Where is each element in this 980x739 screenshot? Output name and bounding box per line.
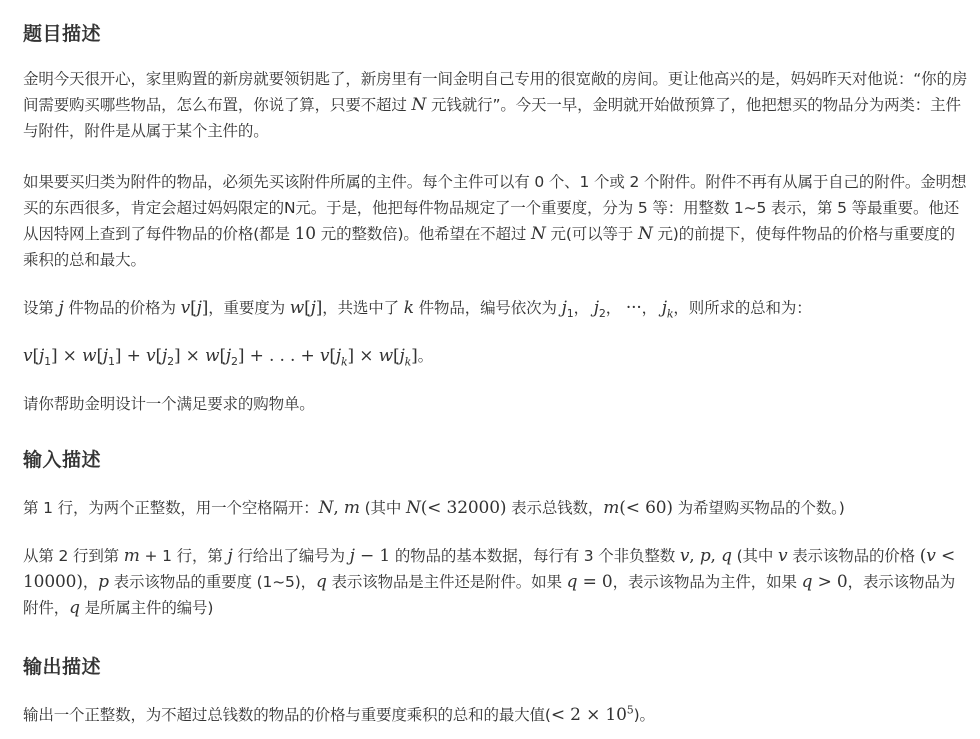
sum-formula: v[j1] × w[j1] + v[j2] × w[j2] + . . . + … <box>23 343 968 369</box>
input-paragraph-2: 从第 2 行到第 m + 1 行，第 j 行给出了编号为 j − 1 的物品的基… <box>23 543 968 621</box>
section-title-input: 输入描述 <box>23 447 101 473</box>
section-title-description: 题目描述 <box>23 21 101 47</box>
description-paragraph-2: 如果要买归类为附件的物品，必须先买该附件所属的主件。每个主件可以有 0 个、1 … <box>23 169 968 273</box>
description-paragraph-1: 金明今天很开心，家里购置的新房就要领钥匙了，新房里有一间金明自己专用的很宽敞的房… <box>23 66 968 144</box>
description-paragraph-5: 请你帮助金明设计一个满足要求的购物单。 <box>23 391 968 417</box>
input-paragraph-1: 第 1 行，为两个正整数，用一个空格隔开：N, m (其中 N(< 32000)… <box>23 495 968 521</box>
output-paragraph-1: 输出一个正整数，为不超过总钱数的物品的价格与重要度乘积的总和的最大值(< 2 ×… <box>23 702 968 728</box>
section-title-output: 输出描述 <box>23 654 101 680</box>
description-paragraph-3: 设第 j 件物品的价格为 v[j]，重要度为 w[j]，共选中了 k 件物品，编… <box>23 295 968 321</box>
